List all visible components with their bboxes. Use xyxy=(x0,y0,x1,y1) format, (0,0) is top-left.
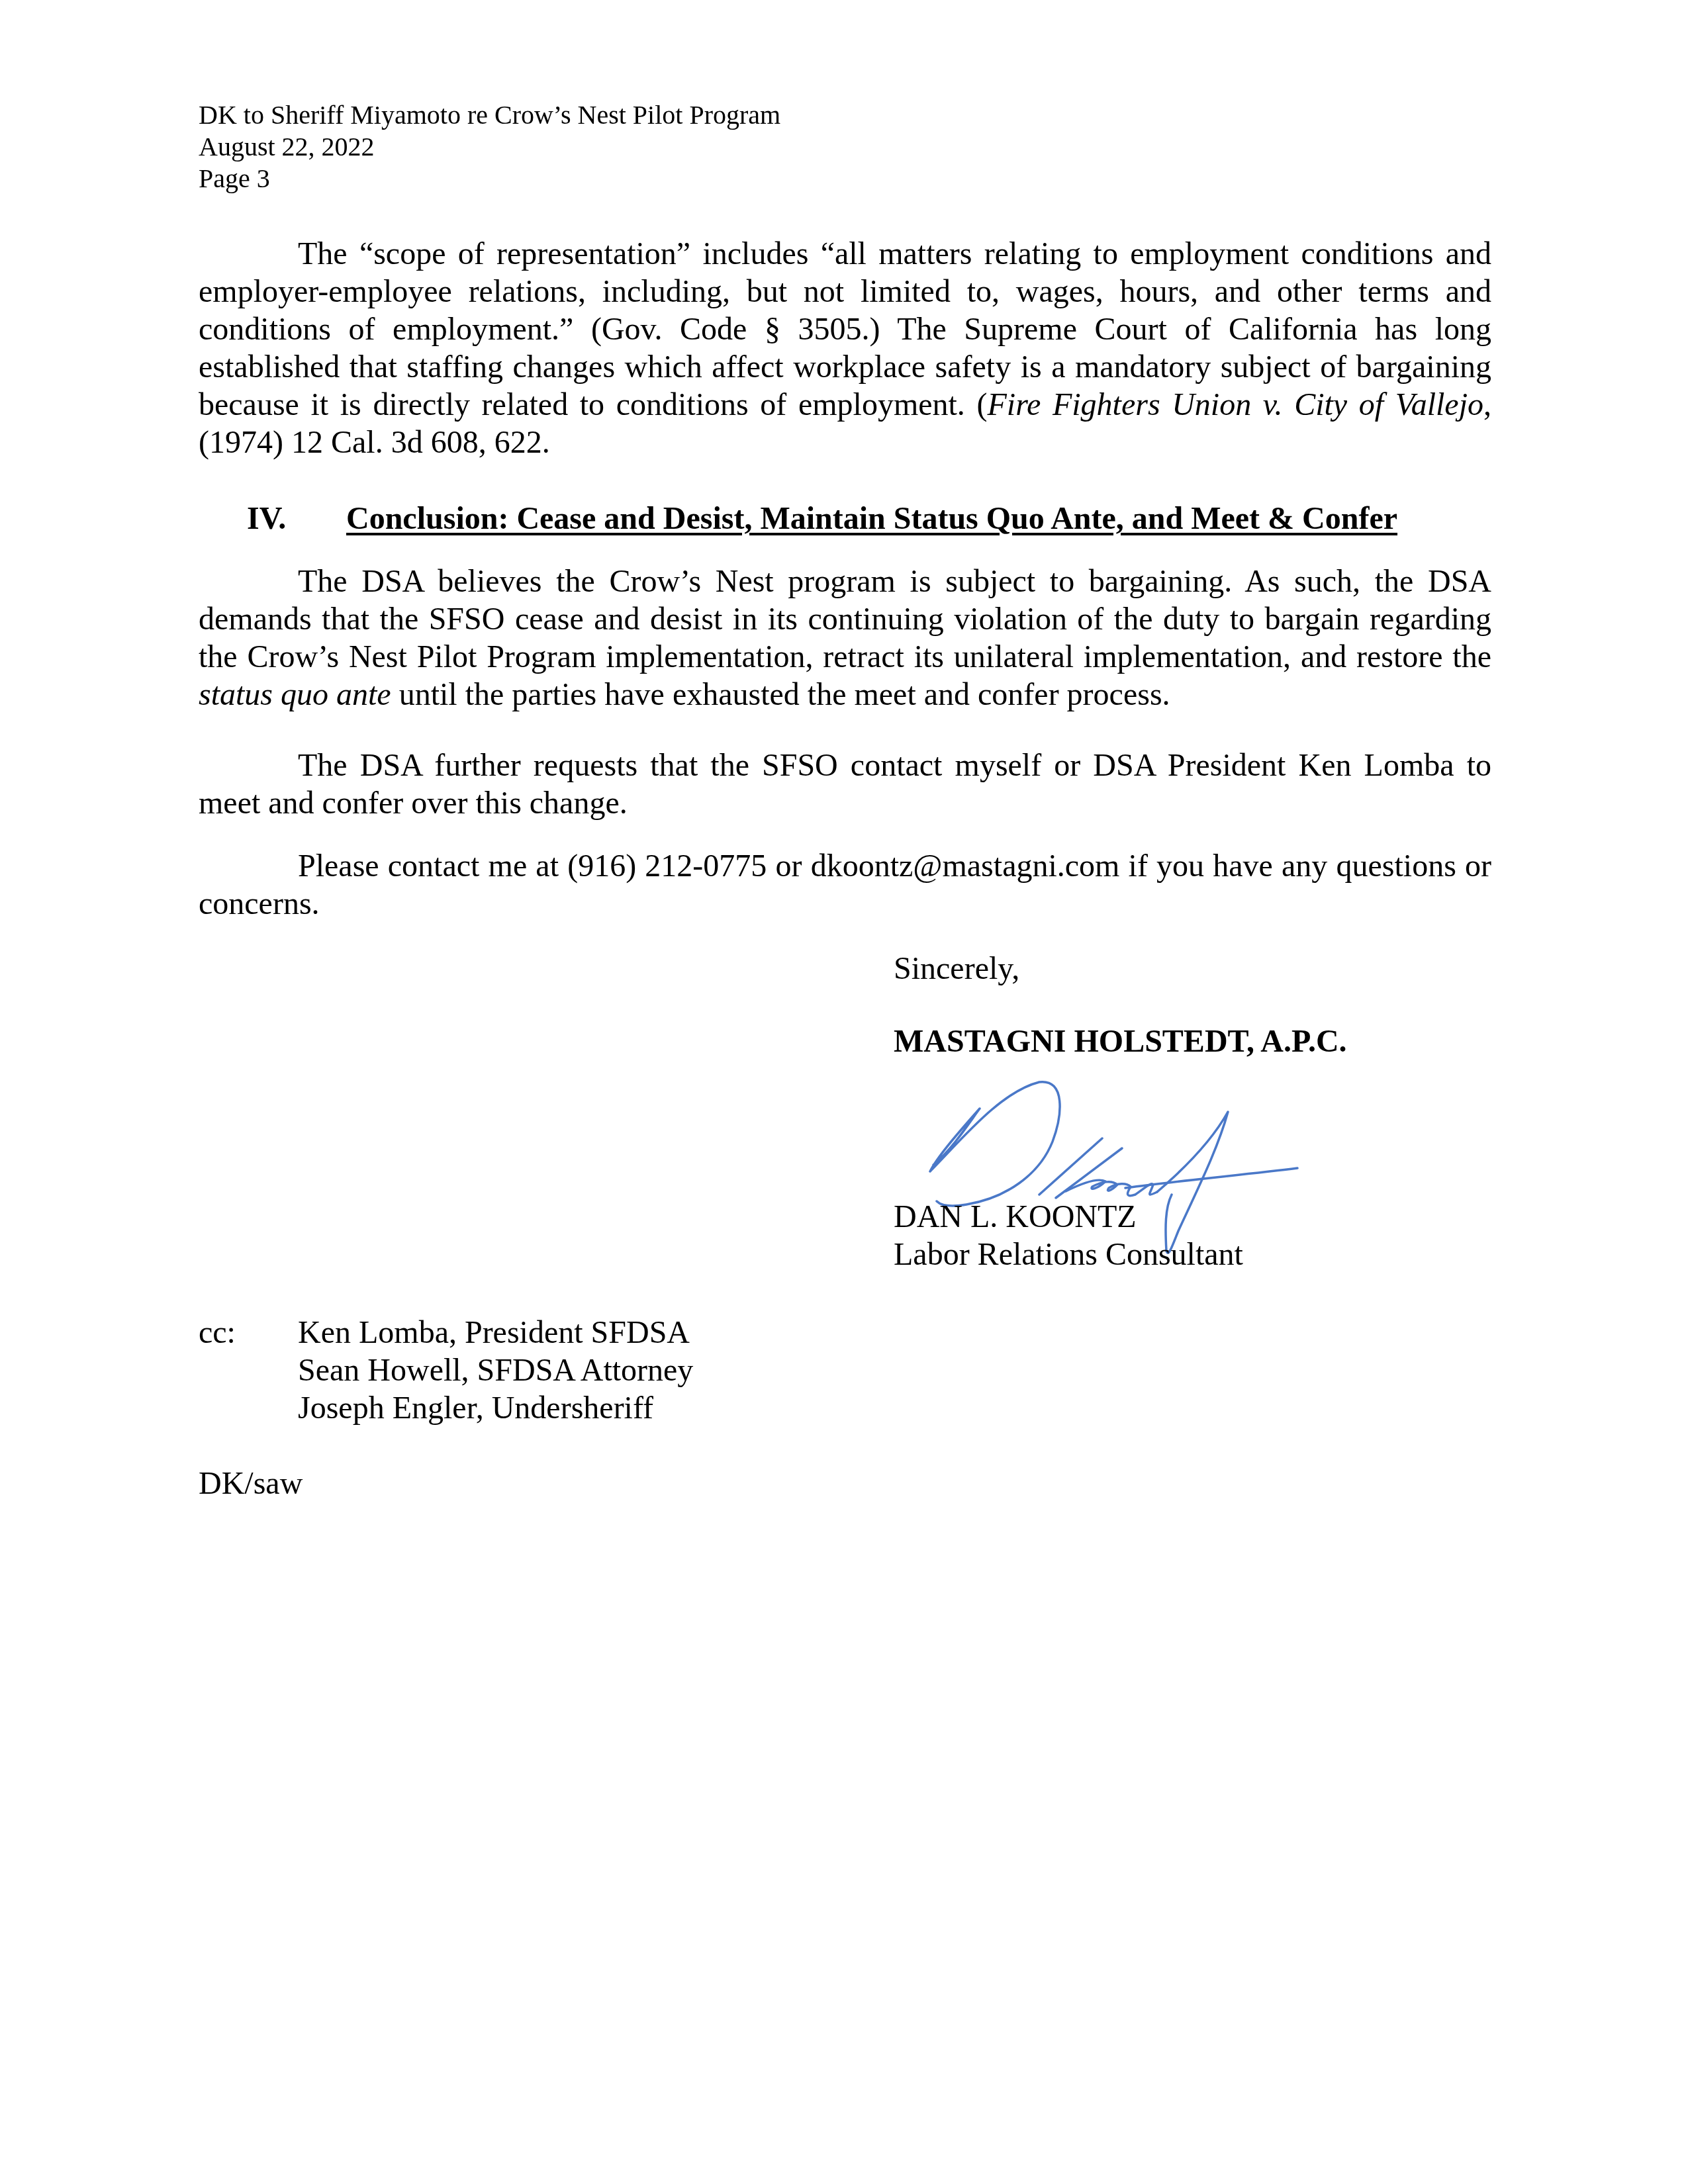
header-page-number: Page 3 xyxy=(199,163,780,195)
section-number: IV. xyxy=(247,500,346,537)
header-date: August 22, 2022 xyxy=(199,131,780,163)
cc-recipient: Ken Lomba, President SFDSA xyxy=(298,1314,693,1351)
cc-label: cc: xyxy=(199,1314,236,1351)
paragraph-meet-and-confer-request: The DSA further requests that the SFSO c… xyxy=(199,747,1491,822)
paragraph-contact: Please contact me at (916) 212-0775 or d… xyxy=(199,847,1491,923)
signer-title: Labor Relations Consultant xyxy=(894,1236,1243,1273)
email-address: dkoontz@mastagni.com xyxy=(811,848,1120,884)
salutation: Sincerely, xyxy=(894,950,1019,987)
latin-term: status quo ante xyxy=(199,677,391,712)
cc-recipient-list: Ken Lomba, President SFDSA Sean Howell, … xyxy=(298,1314,693,1427)
header-subject: DK to Sheriff Miyamoto re Crow’s Nest Pi… xyxy=(199,99,780,131)
signer-name: DAN L. KOONTZ xyxy=(894,1198,1137,1236)
cc-recipient: Joseph Engler, Undersheriff xyxy=(298,1389,693,1427)
cc-recipient: Sean Howell, SFDSA Attorney xyxy=(298,1351,693,1389)
section-title: Conclusion: Cease and Desist, Maintain S… xyxy=(346,501,1397,536)
paragraph-scope-of-representation: The “scope of representation” includes “… xyxy=(199,235,1491,461)
letter-page: DK to Sheriff Miyamoto re Crow’s Nest Pi… xyxy=(0,0,1688,2184)
reference-initials: DK/saw xyxy=(199,1465,303,1502)
paragraph-text: Please contact me at (916) 212-0775 or xyxy=(298,848,811,884)
page-header: DK to Sheriff Miyamoto re Crow’s Nest Pi… xyxy=(199,99,780,195)
section-heading: IV.Conclusion: Cease and Desist, Maintai… xyxy=(247,500,1397,537)
firm-name: MASTAGNI HOLSTEDT, A.P.C. xyxy=(894,1023,1347,1060)
case-citation: Fire Fighters Union v. City of Vallejo xyxy=(987,387,1483,422)
paragraph-text: until the parties have exhausted the mee… xyxy=(391,677,1170,712)
paragraph-demand: The DSA believes the Crow’s Nest program… xyxy=(199,563,1491,713)
paragraph-text: The DSA believes the Crow’s Nest program… xyxy=(199,564,1491,674)
